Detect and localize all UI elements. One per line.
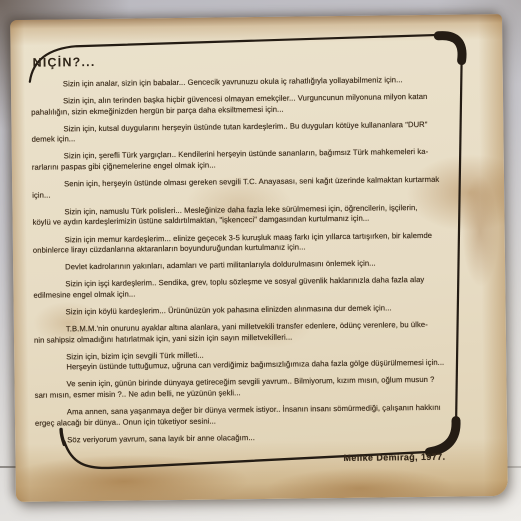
paragraph-line: Söz veriyorum yavrum, sana layık bir ann… bbox=[35, 430, 485, 446]
paragraph: Sizin için, alın terinden başka hiçbir g… bbox=[31, 91, 481, 118]
paragraph: Sizin için, kutsal duygularını herşeyin … bbox=[31, 119, 481, 146]
paragraph: Devlet kadrolarının yakınları, adamları … bbox=[33, 257, 483, 273]
paragraph-line: Sizin için köylü kardeşlerim... Ürününüz… bbox=[34, 302, 484, 318]
photo-background: { "sleeve": { "title": "NİÇİN?...", "par… bbox=[0, 0, 521, 521]
paragraph: Senin için, herşeyin üstünde olması gere… bbox=[32, 174, 482, 201]
paragraph: Ama annen, sana yaşanmaya değer bir düny… bbox=[35, 402, 485, 429]
paragraph: Sizin için memur kardeşlerim... elinize … bbox=[33, 230, 483, 257]
paragraph: Söz veriyorum yavrum, sana layık bir ann… bbox=[35, 430, 485, 446]
paragraph: Sizin için, bizim için sevgili Türk mill… bbox=[34, 347, 484, 374]
paragraph-line: Sizin için analar, sizin için babalar...… bbox=[31, 74, 481, 90]
paragraph: Sizin için, namuslu Türk polisleri... Me… bbox=[32, 202, 482, 229]
paragraph-list: Sizin için analar, sizin için babalar...… bbox=[31, 74, 485, 446]
record-sleeve: NİÇİN?... Sizin için analar, sizin için … bbox=[10, 14, 508, 502]
paragraph: Ve senin için, günün birinde dünyaya get… bbox=[34, 375, 484, 402]
paragraph: Sizin için işçi kardeşlerim.. Sendika, g… bbox=[33, 275, 483, 302]
page-title: NİÇİN?... bbox=[33, 50, 481, 69]
paragraph: Sizin için analar, sizin için babalar...… bbox=[31, 74, 481, 90]
paragraph: T.B.M.M.'nin onurunu ayaklar altına alan… bbox=[34, 319, 484, 346]
paragraph: Sizin için, şerefli Türk yargıçları.. Ke… bbox=[32, 147, 482, 174]
text-body: NİÇİN?... Sizin için analar, sizin için … bbox=[30, 44, 485, 452]
paragraph-line: Devlet kadrolarının yakınları, adamları … bbox=[33, 257, 483, 273]
paragraph: Sizin için köylü kardeşlerim... Ürününüz… bbox=[34, 302, 484, 318]
